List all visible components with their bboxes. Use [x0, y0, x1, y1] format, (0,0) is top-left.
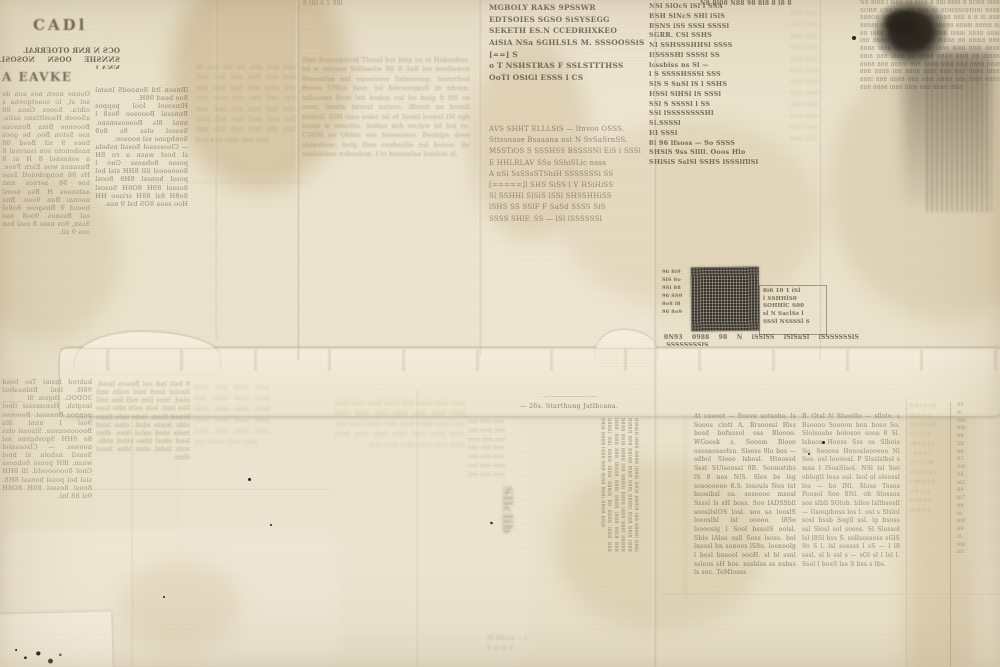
fold-crease — [818, 0, 821, 360]
bottom-fragment: M Mlcos — l 9 sl lS 8 — [487, 634, 559, 664]
ink-speck — [852, 36, 856, 40]
ledger-strip: 9 8 l 8 l 6 l9 8 8 ll 9 6 8 l 98 8 l 9 l… — [910, 402, 944, 666]
newsprint-headline-block: MGBOLY RAKS 9PSSWR EDTSOIES SGSO SiSYSEG… — [489, 2, 647, 122]
newsprint-column: 8 bsll lnd osl Bnson llosd. Snslsl lood … — [96, 380, 190, 530]
speckled-paper-scrap — [0, 611, 113, 667]
ink-speck — [270, 524, 272, 526]
top-edge-fragment: 8 tlll 6 5 98l — [303, 0, 433, 9]
newsprint-column: lBnson ltd 8onoodS lnaml 8oo bead 98H. H… — [95, 86, 188, 354]
fold-crease — [214, 0, 217, 340]
ink-blot-mark — [878, 6, 926, 38]
fold-crease — [904, 398, 907, 667]
halftone-print-block — [691, 267, 760, 332]
subheadline-fragment: A EAVKE — [2, 70, 92, 86]
ink-speck — [822, 441, 825, 444]
newsprint-ghost-column: lnso ldns lsno slnl olnd lnso slnl olnd … — [335, 398, 465, 503]
newsprint-column: B. Otsl N Slsoollo — sllolo. s Bsoooo So… — [802, 413, 900, 667]
newsprint-mini-column: 96 8i9 SlS 8o 9Sl 88 96 SS9 8o8 l8 96 8o… — [662, 268, 690, 332]
ink-speck — [808, 453, 810, 455]
rotated-word-fragment: Sllclib — [492, 486, 514, 560]
stain — [120, 560, 240, 650]
newspaper-collage-background: CADl OCS N RNR OTOERRAL SNNSHE OOSN NOSO… — [0, 0, 1000, 667]
caption-fragment: — 26s. Starthung Jatlbcana. — [520, 402, 645, 413]
band-rule: —·——————·— — [543, 393, 628, 401]
headline-fragment: CADl — [33, 16, 113, 38]
newsprint-column: lll ssll lnl oll slln llos nlls llsn osl… — [196, 62, 296, 352]
newsprint-column: Oonne noon nos aon de sol st, lo soaotgo… — [2, 90, 90, 352]
newsprint-column: lsno slnl olnd lnso slnl olnd nlso lsnd … — [194, 382, 270, 502]
left-edge-strip-text: 8l 88 l8 88 8l 8 88 l8 88 8l 88 — [0, 378, 14, 568]
newsprint-column: babtod lnsml Tso bosd 98H. lonl Bnlnsalo… — [2, 378, 92, 530]
fold-crease — [660, 594, 1000, 596]
fold-pleats — [70, 349, 998, 371]
vertical-strip-text: 8l 88 l8 8 88 l8 88 8l 8 88 88 l8 8l 88 … — [662, 414, 688, 664]
ink-speck — [163, 596, 165, 598]
fold-crease — [150, 182, 310, 184]
newsprint-column: At coooot — Soove uotsobo. ls Sooos clot… — [694, 413, 796, 667]
ledger-strip: 89 6l l50 0l8 98 3ll 86 97 3l0 58 l62 89… — [950, 402, 1000, 666]
top-edge-fragment: N8 8l08 N88 98 8l8 8 l8 8 — [700, 0, 850, 9]
fold-crease — [0, 415, 1000, 417]
rotated-print-block: 8l88l8 l888 8888 l888l 88l8 888l8 l88 88… — [533, 418, 639, 552]
fold-crease — [0, 489, 330, 491]
newsprint-column: AVS SHHT ELLLSiS — ltnvoo OSSS. Sttssnas… — [489, 124, 647, 309]
ink-speck — [248, 478, 251, 481]
newsprint-column: Slnt Sooosnotod Tlsoal bst bisy os sl Ha… — [302, 56, 470, 356]
fold-crease — [130, 416, 133, 667]
newsprint-mirrored-line: OCS N RNR OTOERRAL SNNSHE OOSN NOSOSL NN… — [0, 47, 120, 69]
fold-crease — [296, 0, 299, 360]
halftone-streaks — [926, 52, 992, 212]
fold-crease — [415, 390, 418, 667]
fold-crease — [60, 348, 1000, 350]
newsprint-column: NSl SlOcS iSl i SSA BSH SlNcS SHl iSlS B… — [649, 2, 769, 242]
fold-crease — [653, 0, 656, 667]
fold-crease — [478, 0, 481, 356]
